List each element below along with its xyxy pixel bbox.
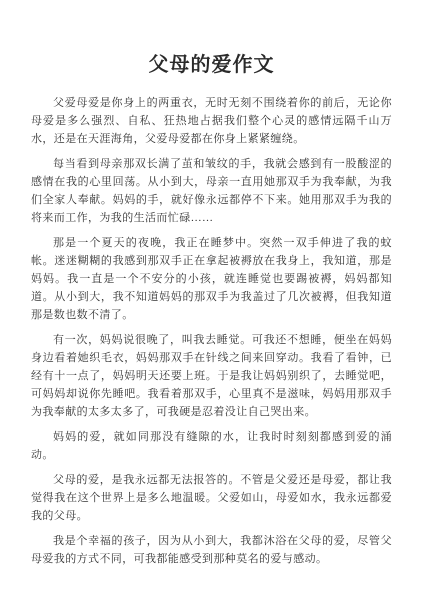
essay-paragraph: 我是个幸福的孩子，因为从小到大，我都沐浴在父母的爱，尽管父母爱我的方式不同，可我… xyxy=(31,532,392,568)
essay-paragraph: 那是一个夏天的夜晚，我正在睡梦中。突然一双手伸进了我的蚊帐。迷迷糊糊的我感到那双… xyxy=(31,234,392,324)
essay-paragraph: 有一次，妈妈说很晚了，叫我去睡觉。可我还不想睡，便坐在妈妈身边看着她织毛衣，妈妈… xyxy=(31,331,392,421)
essay-title: 父母的爱作文 xyxy=(31,52,392,78)
essay-paragraph: 父爱母爱是你身上的两重衣，无时无刻不围绕着你的前后，无论你母爱是多么强烈、自私、… xyxy=(31,94,392,148)
essay-paragraph: 妈妈的爱，就如同那没有缝隙的水，让我时时刻刻都感到爱的涌动。 xyxy=(31,428,392,464)
document-page: 父母的爱作文 父爱母爱是你身上的两重衣，无时无刻不围绕着你的前后，无论你母爱是多… xyxy=(0,0,423,600)
essay-body: 父爱母爱是你身上的两重衣，无时无刻不围绕着你的前后，无论你母爱是多么强烈、自私、… xyxy=(31,94,392,568)
essay-paragraph: 每当看到母亲那双长满了茧和皱纹的手，我就会感到有一股酸涩的感情在我的心里回荡。从… xyxy=(31,155,392,227)
essay-paragraph: 父母的爱，是我永远都无法报答的。不管是父爱还是母爱，都让我觉得我在这个世界上是多… xyxy=(31,471,392,525)
